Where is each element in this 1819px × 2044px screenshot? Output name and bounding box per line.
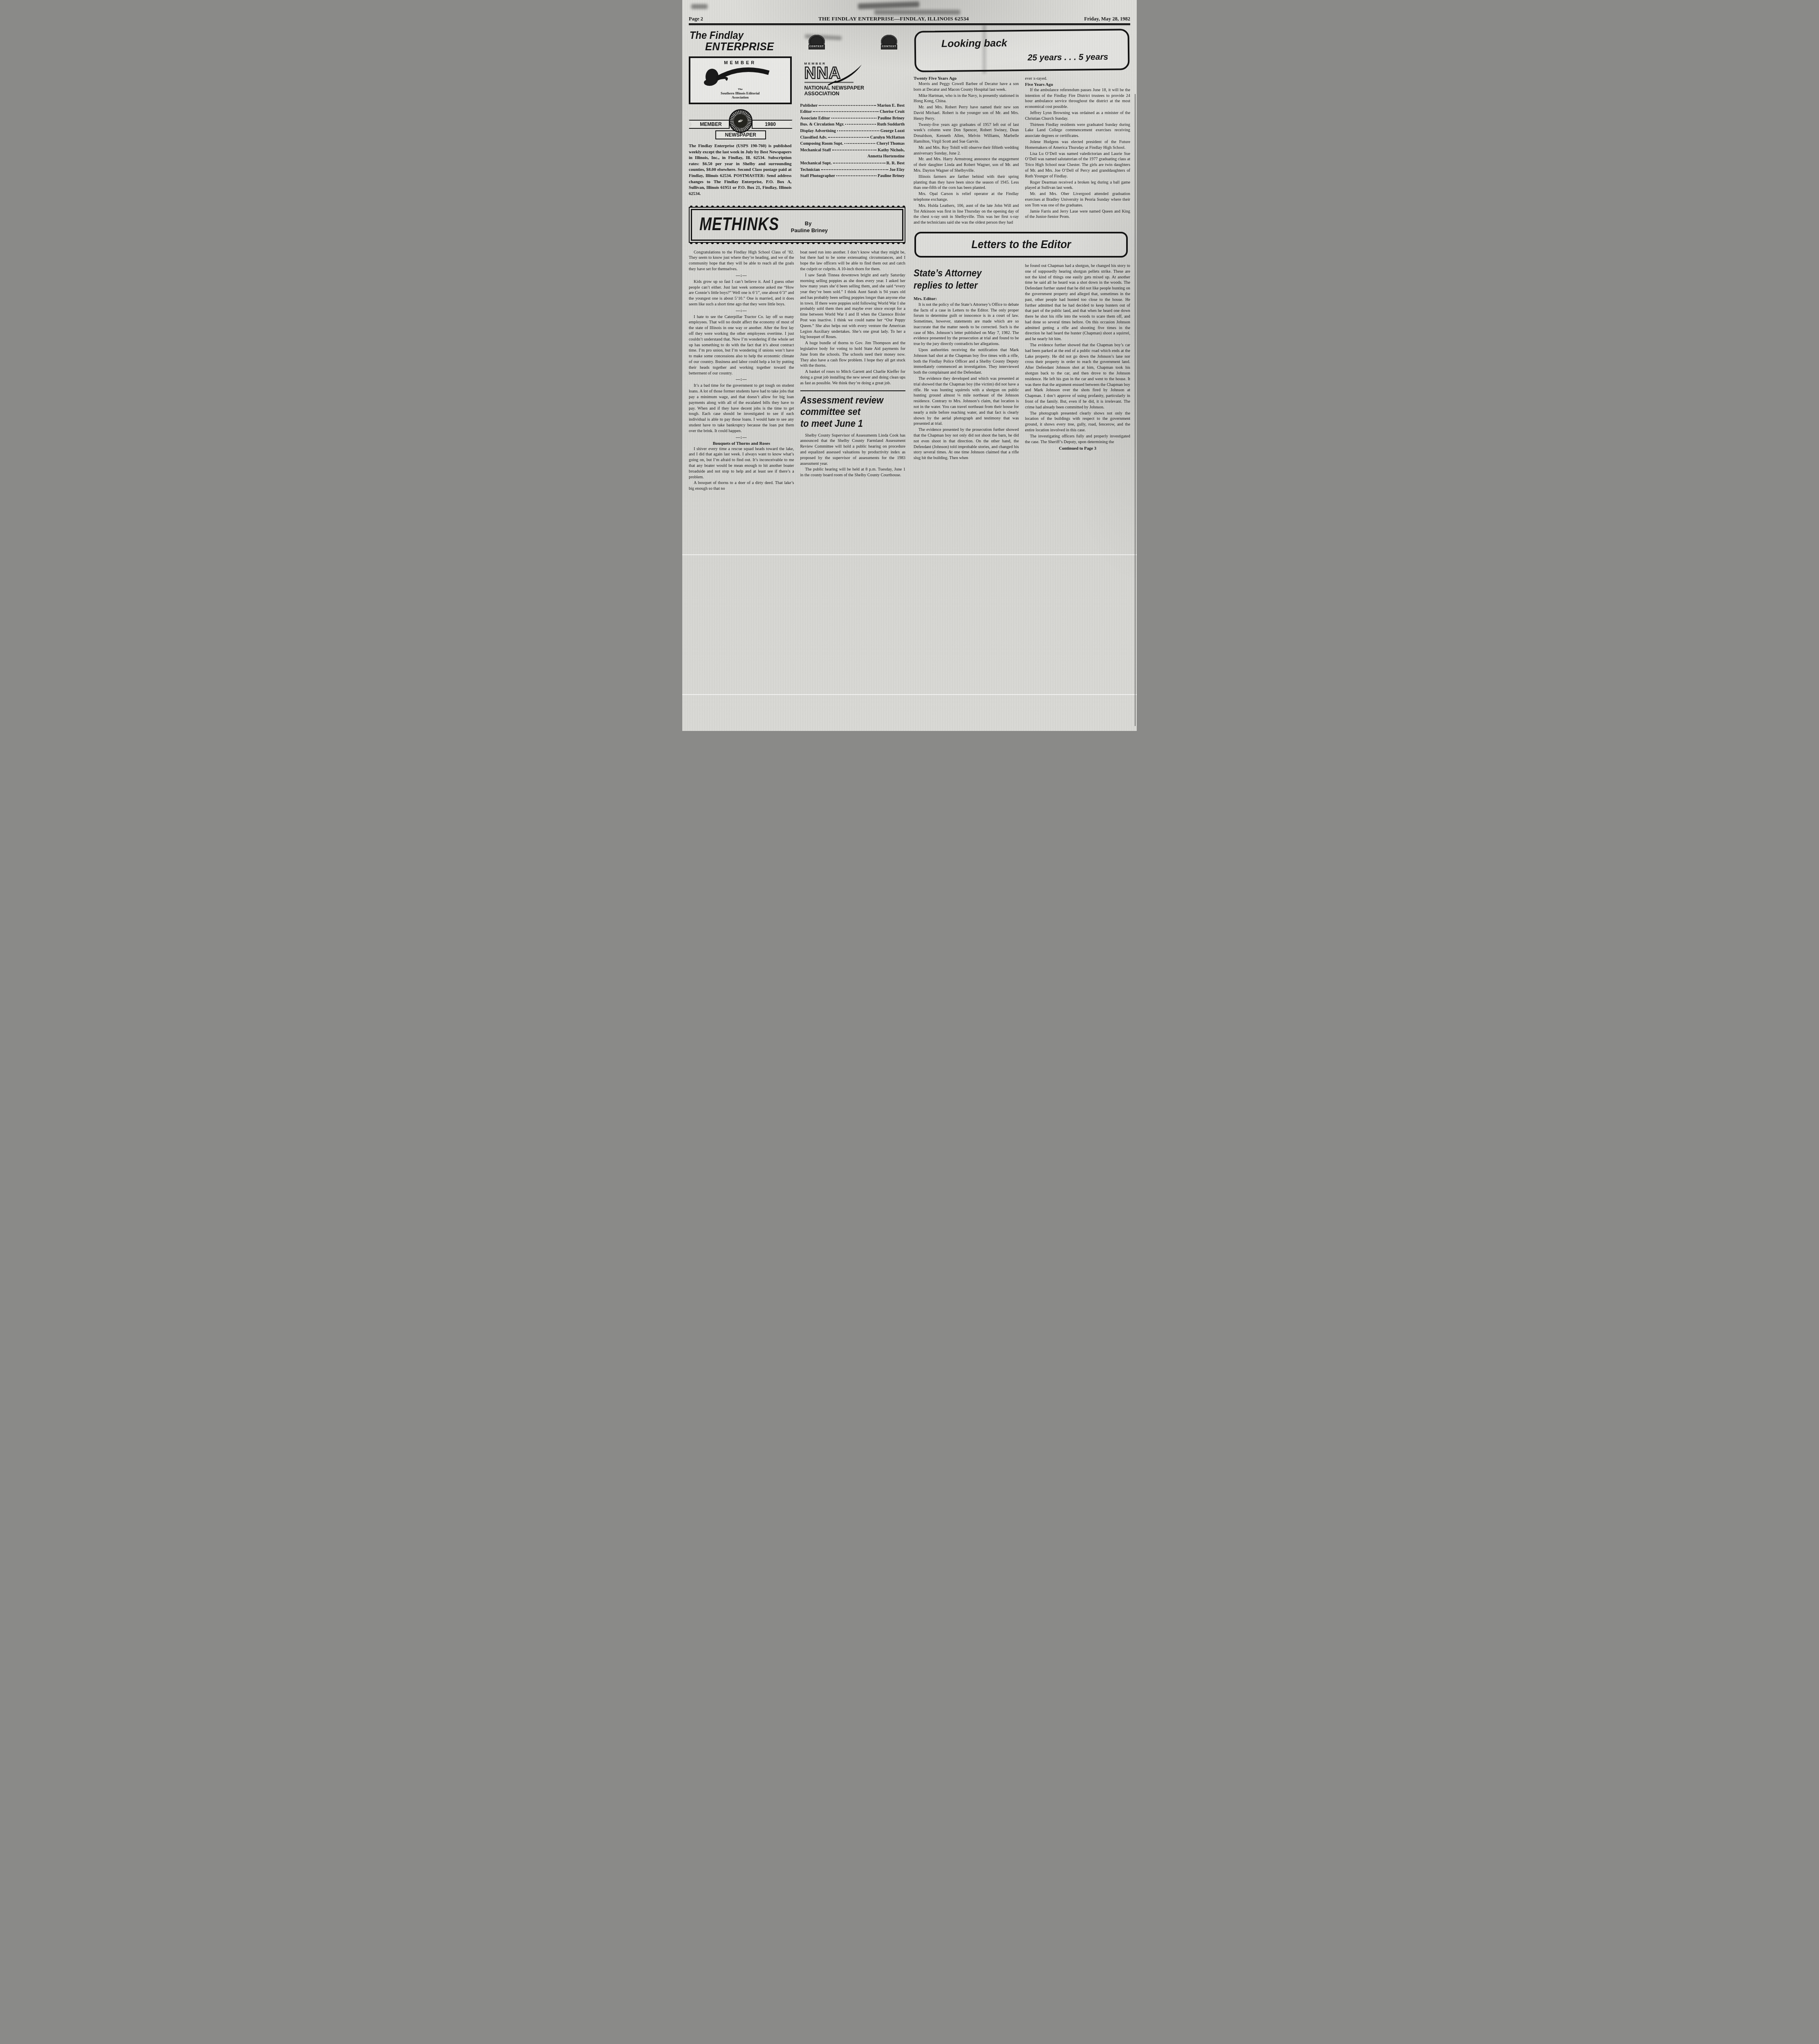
twenty-five-years-column: Twenty Five Years AgoMorris and Peggy Co…: [914, 76, 1019, 226]
letter-left-text: It is not the policy of the State’s Atto…: [914, 302, 1019, 461]
ipa-year-ribbon: 1980: [752, 120, 793, 129]
paragraph: Mr. and Mrs. Harry Armstrong announce th…: [914, 157, 1019, 173]
scan-streak: [682, 554, 1137, 555]
scan-streak: [682, 694, 1137, 695]
right-half: Looking back 25 years . . . 5 years Twen…: [914, 28, 1130, 492]
paragraph: Jamie Farris and Jerry Laue were named Q…: [1025, 209, 1131, 220]
paragraph: Illinois farmers are farther behind with…: [914, 174, 1019, 191]
ipa-press-seal: ✒: [729, 109, 753, 133]
letter-headline: State’s Attorney replies to letter: [914, 267, 1014, 292]
publication-info: The Findlay Enterprise (USPS 190-760) is…: [689, 143, 792, 197]
separator: —:—: [689, 309, 794, 313]
scan-smudge: [691, 4, 708, 9]
decorative-border: [689, 204, 905, 207]
assessment-article: Shelby County Supervisor of Assessments …: [800, 433, 906, 478]
issue-date: Friday, May 28, 1982: [1084, 16, 1130, 22]
section-rule: [800, 390, 906, 391]
looking-back-body: Twenty Five Years AgoMorris and Peggy Co…: [914, 76, 1130, 226]
siea-member-badge: MEMBER The Southern Illinois Editorial A…: [689, 56, 792, 104]
paragraph: The photograph presented clearly shows n…: [1025, 411, 1131, 433]
contest-award-badge: CONTEST: [880, 35, 898, 51]
paragraph-continuation: he found out Chapman had a shotgun, he c…: [1025, 263, 1131, 342]
paragraph-continuation: ever x-rayed.: [1025, 76, 1131, 82]
paragraph: A basket of roses to Mitch Garrett and C…: [800, 369, 906, 386]
paragraph: The evidence they developed and which wa…: [914, 376, 1019, 427]
paragraph: Roger Dearman received a broken leg duri…: [1025, 180, 1131, 191]
paragraph: Kids grow up so fast I can’t believe it.…: [689, 279, 794, 307]
paragraph: I shiver every time a rescue squad heads…: [689, 446, 794, 480]
staff-row: Bus. & Circulation Mgr.Ruth Suddarth: [800, 121, 905, 128]
paragraph: Mr. and Mrs. Robert Perry have named the…: [914, 105, 1019, 121]
methinks-column-2-text: boat need run into another. I don’t know…: [800, 250, 906, 386]
paragraph: A huge bundle of thorns to Gov. Jim Thom…: [800, 341, 906, 369]
decorative-border: [689, 243, 905, 246]
paragraph: If the ambulance referendum passes June …: [1025, 87, 1131, 110]
staff-row: Display AdvertisingGeorge Lozzi: [800, 128, 905, 134]
paragraph: The public hearing will be held at 8 p.m…: [800, 467, 906, 478]
paragraph: Mrs. Opal Carson is relief operator at t…: [914, 191, 1019, 203]
siea-member-label: MEMBER: [694, 61, 787, 65]
ipa-member-badge: MEMBER ✒ 1980 NEWSPAPER: [689, 109, 793, 139]
scan-smudge: [874, 10, 960, 15]
letter-salutation: Mrs. Editor:: [914, 297, 1019, 301]
sub-heading: Bouquets of Thorns and Roses: [689, 441, 794, 446]
paper-title-header: THE FINDLAY ENTERPRISE—FINDLAY, ILLINOIS…: [818, 16, 969, 22]
paragraph: Mr. and Mrs. Ober Livergood attended gra…: [1025, 191, 1131, 208]
paragraph: A bouquet of thorns to a doer of a dirty…: [689, 480, 794, 492]
masthead-title-line1: The Findlay: [690, 31, 789, 41]
looking-back-box: Looking back 25 years . . . 5 years: [914, 29, 1129, 72]
left-half: The Findlay ENTERPRISE MEMBER The: [689, 28, 905, 492]
masthead-title-line2: ENTERPRISE: [705, 41, 790, 53]
paragraph-continuation: boat need run into another. I don’t know…: [800, 250, 906, 272]
masthead-right-column: CONTEST CONTEST MEMBER NNA: [800, 28, 906, 197]
ipa-member-ribbon: MEMBER: [689, 120, 730, 129]
staff-row: Annetta Hortenstine: [800, 153, 905, 160]
methinks-byline: By Pauline Briney: [791, 220, 828, 234]
paragraph: Mike Hartman, who is in the Navy, is pre…: [914, 93, 1019, 105]
siea-illustration: [701, 66, 779, 87]
paragraph: It is not the policy of the State’s Atto…: [914, 302, 1019, 347]
staff-row: Classified Adv.Carolyn McHatton: [800, 134, 905, 141]
masthead-column: The Findlay ENTERPRISE MEMBER The: [689, 28, 794, 197]
paragraph: Lisa Lu O’Dell was named valedictorian a…: [1025, 151, 1131, 179]
paragraph: Mrs. Hulda Leathers, 106, aunt of the la…: [914, 203, 1019, 226]
paragraph: Thirteen Findlay residents were graduate…: [1025, 122, 1131, 139]
masthead-title: The Findlay ENTERPRISE: [690, 31, 794, 52]
letter-column-left: State’s Attorney replies to letter Mrs. …: [914, 263, 1019, 462]
continued-notice: Continued to Page 3: [1025, 446, 1131, 451]
nna-org-name: NATIONAL NEWSPAPER ASSOCIATION: [804, 85, 906, 97]
page-header: Page 2 THE FINDLAY ENTERPRISE—FINDLAY, I…: [689, 16, 1130, 22]
paragraph: The evidence further showed that the Cha…: [1025, 343, 1131, 410]
paragraph: I saw Sarah Tinnea downtown bright and e…: [800, 273, 906, 341]
methinks-column-1: Congratulations to the Findlay High Scho…: [689, 250, 794, 492]
letters-body: State’s Attorney replies to letter Mrs. …: [914, 263, 1130, 462]
separator: —:—: [689, 273, 794, 278]
page-number: Page 2: [689, 16, 703, 22]
five-years-column: ever x-rayed.Five Years AgoIf the ambula…: [1025, 76, 1131, 226]
staff-row: Composing Room Supt.Cheryl Thomas: [800, 141, 905, 147]
paragraph: Mr. and Mrs. Roy Tohill will observe the…: [914, 145, 1019, 157]
paragraph: Morris and Peggy Cowell Barbee of Decatu…: [914, 81, 1019, 93]
separator: —:—: [689, 377, 794, 382]
looking-back-subtitle: 25 years . . . 5 years: [923, 52, 1108, 64]
looking-back-title: Looking back: [941, 36, 1120, 50]
staff-row: EditorCherise Cruit: [800, 109, 905, 115]
paragraph: It’s a bad time for the government to ge…: [689, 383, 794, 434]
column-heading: Five Years Ago: [1025, 82, 1131, 87]
letter-column-right: he found out Chapman had a shotgun, he c…: [1025, 263, 1131, 462]
methinks-column-2: boat need run into another. I don’t know…: [800, 250, 906, 492]
methinks-header-box: METHINKS By Pauline Briney: [689, 204, 905, 246]
staff-row: Mechanical Supt.R. R. Best: [800, 160, 905, 167]
scan-edge-line: [1135, 94, 1136, 726]
newspaper-page: Page 2 THE FINDLAY ENTERPRISE—FINDLAY, I…: [682, 0, 1137, 731]
paragraph: Twenty-five years ago graduates of 1957 …: [914, 122, 1019, 145]
letter-right-text: he found out Chapman had a shotgun, he c…: [1025, 263, 1131, 445]
column-heading: Twenty Five Years Ago: [914, 76, 1019, 81]
paragraph: Shelby County Supervisor of Assessments …: [800, 433, 906, 467]
staff-row: Staff PhotographerPauline Briney: [800, 173, 905, 179]
staff-row: Mechanical StaffKathy Nichols,: [800, 147, 905, 154]
contest-badges: CONTEST CONTEST: [800, 35, 906, 51]
separator: —:—: [689, 435, 794, 440]
masthead-row: The Findlay ENTERPRISE MEMBER The: [689, 28, 905, 197]
nna-member-badge: MEMBER NNA NATIONAL NEWSPAPER ASSOCIATIO…: [804, 62, 906, 97]
staff-row: PublisherMarion E. Best: [800, 103, 905, 109]
paragraph: The investigating officers fully and pro…: [1025, 434, 1131, 445]
siea-org-name: The Southern Illinois Editorial Associat…: [694, 87, 787, 100]
paragraph: Congratulations to the Findlay High Scho…: [689, 250, 794, 272]
staff-row: TechnicianJoe Elzy: [800, 167, 905, 173]
page-columns: The Findlay ENTERPRISE MEMBER The: [689, 28, 1130, 492]
methinks-body: Congratulations to the Findlay High Scho…: [689, 250, 905, 492]
staff-list: PublisherMarion E. BestEditorCherise Cru…: [800, 103, 905, 179]
methinks-title: METHINKS: [699, 214, 779, 235]
quill-icon: [826, 62, 871, 86]
nna-logo: NNA: [804, 65, 866, 81]
letters-banner: Letters to the Editor: [914, 232, 1128, 258]
scan-smudge: [858, 1, 919, 9]
staff-row: Associate EditorPauline Briney: [800, 115, 905, 122]
paragraph: Jolene Hudgens was elected president of …: [1025, 139, 1131, 151]
paragraph: Jeffrey Lynn Browning was ordained as a …: [1025, 110, 1131, 122]
paragraph: I hate to see the Caterpillar Tractor Co…: [689, 314, 794, 377]
contest-award-badge: CONTEST: [808, 35, 826, 51]
paragraph: The evidence presented by the prosecutio…: [914, 427, 1019, 461]
assessment-headline: Assessment review committee set to meet …: [800, 394, 898, 430]
header-rule: [689, 23, 1130, 25]
paragraph: Upon authorities receiving the notificat…: [914, 347, 1019, 376]
